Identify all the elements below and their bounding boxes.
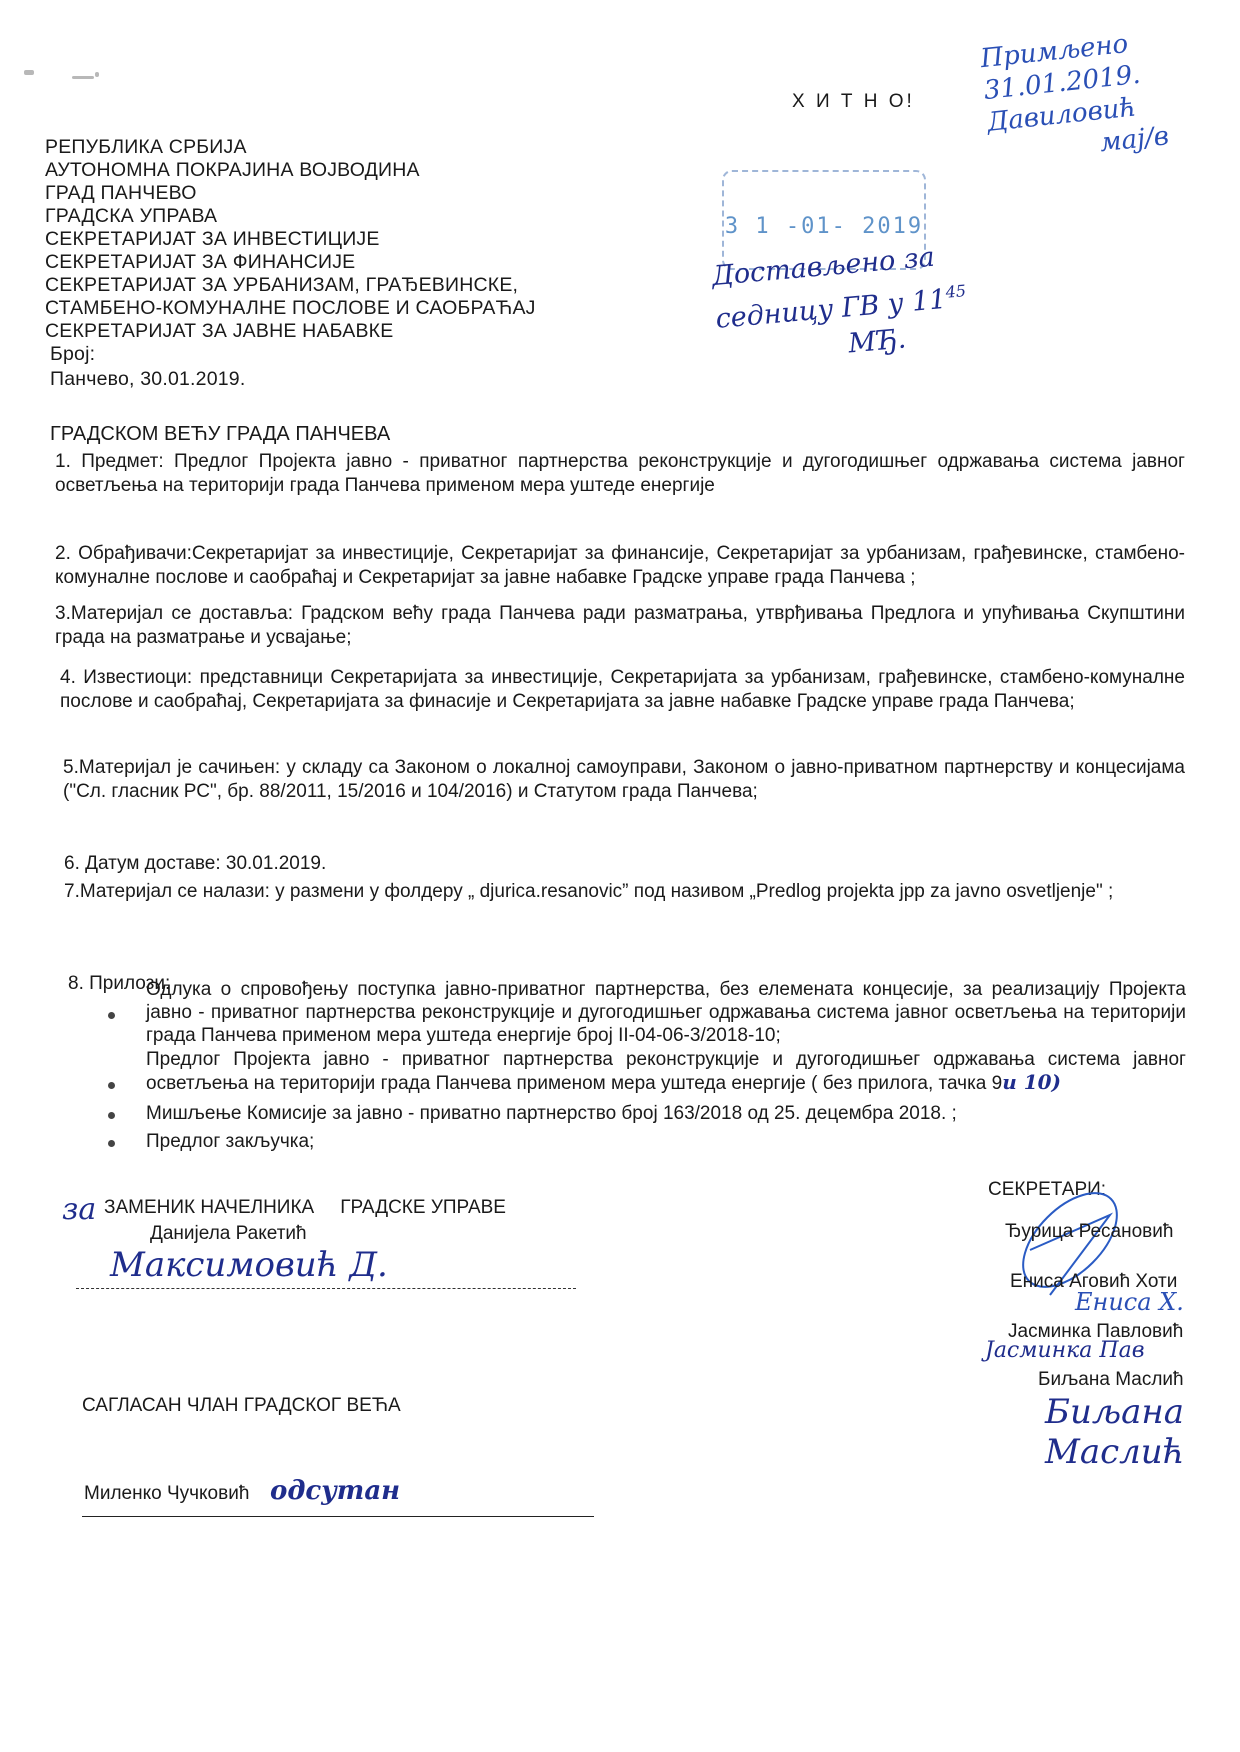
scan-artifact [72, 76, 94, 79]
bullet-icon [108, 1112, 115, 1119]
secretary-name: Биљана Маслић [1038, 1368, 1184, 1392]
letterhead-line: СЕКРЕТАРИЈАТ ЗА ИНВЕСТИЦИЈЕ [45, 228, 536, 251]
item-rapporteurs: 4. Известиоци: представници Секретаријат… [60, 666, 1185, 714]
letterhead: РЕПУБЛИКА СРБИЈА АУТОНОМНА ПОКРАЈИНА ВОЈ… [45, 136, 536, 391]
letterhead-line: ГРАДСКА УПРАВА [45, 205, 536, 228]
bullet-icon [108, 1012, 115, 1019]
urgent-label: Х И Т Н О! [792, 90, 915, 114]
item-subject: 1. Предмет: Предлог Пројекта јавно - при… [55, 450, 1185, 498]
bullet-icon [108, 1082, 115, 1089]
item-delivery-date: 6. Датум доставе: 30.01.2019. [64, 852, 326, 876]
letterhead-line: СЕКРЕТАРИЈАТ ЗА ЈАВНЕ НАБАВКЕ [45, 320, 536, 343]
stamp-date: 3 1 -01- 2019 [725, 214, 923, 239]
deputy-name: Данијела Ракетић [150, 1222, 307, 1246]
letterhead-line: РЕПУБЛИКА СРБИЈА [45, 136, 536, 159]
scan-artifact [95, 72, 99, 77]
letterhead-line: СТАМБЕНО-КОМУНАЛНЕ ПОСЛОВЕ И САОБРАЋАЈ [45, 297, 536, 320]
secretary-signature: Јасминка Пав [985, 1338, 1145, 1363]
attachment-item: Одлука о спровођењу поступка јавно-прива… [146, 978, 1186, 1047]
council-member-name: Миленко Чучковић [84, 1482, 249, 1506]
letterhead-line: СЕКРЕТАРИЈАТ ЗА УРБАНИЗАМ, ГРАЂЕВИНСКЕ, [45, 274, 536, 297]
item-processors: 2. Обрађивачи:Секретаријат за инвестициј… [55, 542, 1185, 590]
attachment-item: Предлог Пројекта јавно - приватног партн… [146, 1048, 1186, 1095]
deputy-signature: Максимовић Д. [110, 1245, 388, 1285]
letterhead-line: АУТОНОМНА ПОКРАЈИНА ВОЈВОДИНА [45, 159, 536, 182]
absent-note: одсутан [270, 1476, 400, 1506]
signature-line [76, 1288, 576, 1289]
attachment-item: Мишљење Комисије за јавно - приватно пар… [146, 1102, 957, 1126]
letterhead-line: СЕКРЕТАРИЈАТ ЗА ФИНАНСИЈЕ [45, 251, 536, 274]
item-legal-basis: 5.Материјал је сачињен: у складу са Зако… [63, 756, 1185, 804]
on-behalf-mark: за [62, 1192, 96, 1227]
letterhead-line: ГРАД ПАНЧЕВО [45, 182, 536, 205]
bullet-icon [108, 1140, 115, 1147]
received-note: Примљено 31.01.2019. Давиловић мај/в [979, 17, 1240, 170]
secretary-signature: Ениса Х. [1075, 1288, 1184, 1316]
item-delivered-to: 3.Материјал се доставља: Градском већу г… [55, 602, 1185, 650]
deputy-title: ЗАМЕНИК НАЧЕЛНИКАГРАДСКЕ УПРАВЕ [104, 1196, 506, 1220]
place-and-date: Панчево, 30.01.2019. [45, 368, 536, 391]
signature-line [82, 1516, 594, 1517]
delivery-note: Достављено за седницу ГВ у 1145 МЂ. [710, 237, 971, 374]
secretary-signature: Биљана Маслић [1045, 1392, 1240, 1472]
item-material-location: 7.Материјал се налази: у размени у фолде… [64, 880, 1184, 904]
handwritten-addition: и 10) [1002, 1070, 1061, 1094]
council-heading: САГЛАСАН ЧЛАН ГРАДСКОГ ВЕЋА [82, 1394, 401, 1418]
scan-artifact [24, 70, 34, 75]
recipient: ГРАДСКОМ ВЕЋУ ГРАДА ПАНЧЕВА [50, 422, 390, 446]
secretary-name: Ђурица Ресановић [1005, 1220, 1173, 1244]
document-number-label: Број: [45, 343, 536, 366]
attachment-item: Предлог закључка; [146, 1130, 314, 1154]
